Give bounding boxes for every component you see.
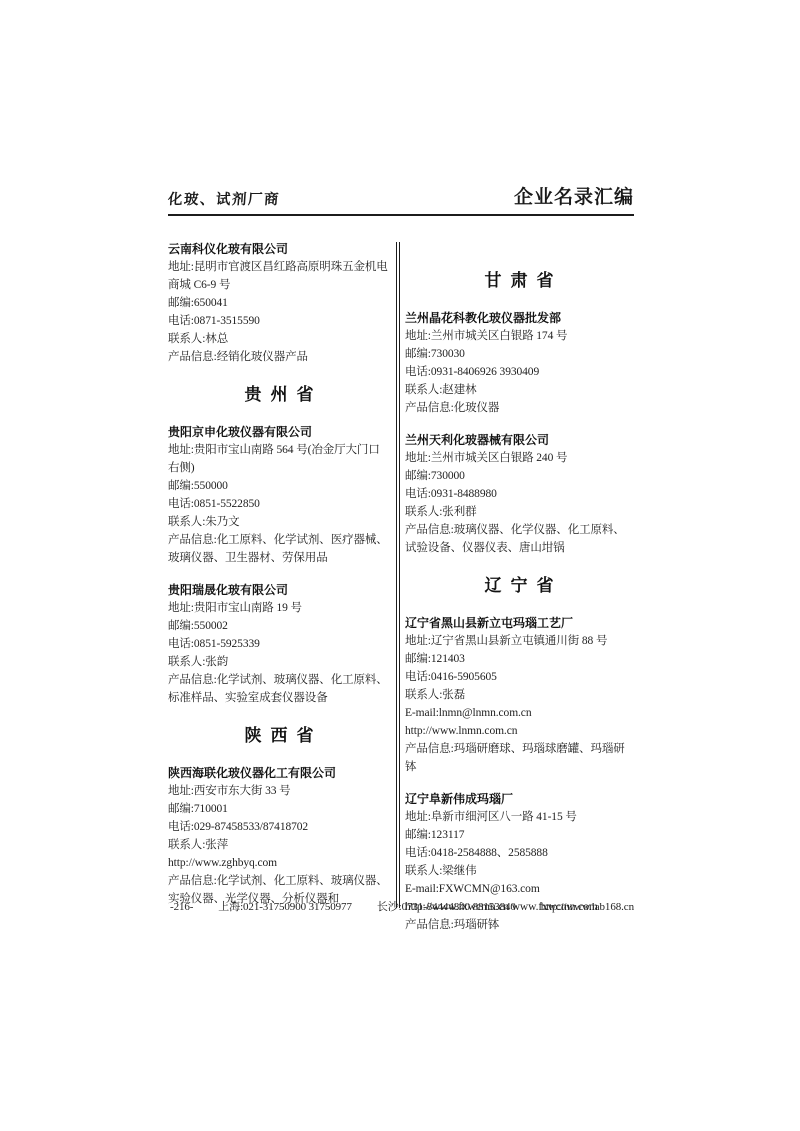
footer-website: http://www.lab168.cn [541, 901, 634, 913]
detail-line: 产品信息:化玻仪器 [405, 399, 633, 417]
detail-line: 邮编:550000 [168, 477, 390, 495]
page-footer: -216- 上海:021-31750900 31750977 长沙:0731-8… [170, 898, 634, 914]
company-name: 陕西海联化玻仪器化工有限公司 [168, 764, 390, 782]
detail-line: 地址:西安市东大街 33 号 [168, 782, 390, 800]
detail-line: 产品信息:化工原料、化学试剂、医疗器械、玻璃仪器、卫生器材、劳保用品 [168, 531, 390, 567]
detail-line: E-mail:FXWCMN@163.com [405, 880, 633, 898]
detail-line: 联系人:赵建林 [405, 381, 633, 399]
detail-line: 地址:阜新市细河区八一路 41-15 号 [405, 808, 633, 826]
directory-columns: 云南科仪化玻有限公司地址:昆明市官渡区昌红路高原明珠五金机电商城 C6-9 号邮… [168, 240, 634, 948]
detail-line: 电话:0931-8488980 [405, 485, 633, 503]
detail-line: 联系人:张韵 [168, 653, 390, 671]
detail-line: 电话:0418-2584888、2585888 [405, 844, 633, 862]
detail-line: 邮编:730030 [405, 345, 633, 363]
section-heading: 陕西省 [168, 721, 390, 746]
detail-line: 地址:兰州市城关区白银路 240 号 [405, 449, 633, 467]
detail-line: 邮编:550002 [168, 617, 390, 635]
detail-line: 联系人:张磊 [405, 686, 633, 704]
detail-line: 地址:贵阳市宝山南路 19 号 [168, 599, 390, 617]
detail-line: 产品信息:玻璃仪器、化学仪器、化工原料、试验设备、仪器仪表、唐山坩锅 [405, 521, 633, 557]
detail-line: 联系人:梁继伟 [405, 862, 633, 880]
running-head: 化玻、试剂厂商 企业名录汇编 [168, 182, 634, 216]
detail-line: 电话:0851-5522850 [168, 495, 390, 513]
detail-line: 地址:贵阳市宝山南路 564 号(冶金厅大门口右侧) [168, 441, 390, 477]
directory-right-column: 甘肃省兰州晶花科教化玻仪器批发部地址:兰州市城关区白银路 174 号邮编:730… [405, 240, 633, 948]
detail-line: 邮编:650041 [168, 294, 390, 312]
detail-line: 地址:昆明市官渡区昌红路高原明珠五金机电商城 C6-9 号 [168, 258, 390, 294]
company-entry: 贵阳瑞晟化玻有限公司地址:贵阳市宝山南路 19 号邮编:550002电话:085… [168, 581, 390, 707]
page-number: -216- [170, 901, 193, 913]
company-entry: 贵阳京申化玻仪器有限公司地址:贵阳市宝山南路 564 号(冶金厅大门口右侧)邮编… [168, 423, 390, 567]
section-heading: 贵州省 [168, 380, 390, 405]
company-entry: 兰州晶花科教化玻仪器批发部地址:兰州市城关区白银路 174 号邮编:730030… [405, 309, 633, 417]
detail-line: 电话:0416-5905605 [405, 668, 633, 686]
directory-left-column: 云南科仪化玻有限公司地址:昆明市官渡区昌红路高原明珠五金机电商城 C6-9 号邮… [168, 240, 390, 948]
detail-line: 联系人:张萍 [168, 836, 390, 854]
detail-line: 地址:兰州市城关区白银路 174 号 [405, 327, 633, 345]
detail-line: E-mail:lnmn@lnmn.com.cn [405, 704, 633, 722]
detail-line: 电话:0851-5925339 [168, 635, 390, 653]
detail-line: 地址:辽宁省黑山县新立屯镇通川街 88 号 [405, 632, 633, 650]
company-name: 兰州晶花科教化玻仪器批发部 [405, 309, 633, 327]
company-entry: 辽宁省黑山县新立屯玛瑙工艺厂地址:辽宁省黑山县新立屯镇通川街 88 号邮编:12… [405, 614, 633, 776]
company-name: 兰州天利化玻器械有限公司 [405, 431, 633, 449]
detail-line: 邮编:710001 [168, 800, 390, 818]
detail-line: 联系人:张利群 [405, 503, 633, 521]
detail-line: 电话:0871-3515590 [168, 312, 390, 330]
company-entry: 兰州天利化玻器械有限公司地址:兰州市城关区白银路 240 号邮编:730000电… [405, 431, 633, 557]
company-name: 辽宁阜新伟成玛瑙厂 [405, 790, 633, 808]
section-heading: 辽宁省 [405, 571, 633, 596]
company-entry: 云南科仪化玻有限公司地址:昆明市官渡区昌红路高原明珠五金机电商城 C6-9 号邮… [168, 240, 390, 366]
company-name: 云南科仪化玻有限公司 [168, 240, 390, 258]
detail-line: 产品信息:经销化玻仪器产品 [168, 348, 390, 366]
company-name: 贵阳瑞晟化玻有限公司 [168, 581, 390, 599]
footer-shanghai-phone: 上海:021-31750900 31750977 [218, 898, 352, 914]
detail-line: 产品信息:玛瑙研钵 [405, 916, 633, 934]
detail-line: 联系人:朱乃文 [168, 513, 390, 531]
detail-line: 邮编:123117 [405, 826, 633, 844]
page-content: 化玻、试剂厂商 企业名录汇编 云南科仪化玻有限公司地址:昆明市官渡区昌红路高原明… [168, 182, 634, 948]
detail-line: 产品信息:化学试剂、玻璃仪器、化工原料、标准样品、实验室成套仪器设备 [168, 671, 390, 707]
detail-line: 电话:0931-8406926 3930409 [405, 363, 633, 381]
detail-line: http://www.zghbyq.com [168, 854, 390, 872]
detail-line: 产品信息:玛瑙研磨球、玛瑙球磨罐、玛瑙研钵 [405, 740, 633, 776]
company-entry: 陕西海联化玻仪器化工有限公司地址:西安市东大街 33 号邮编:710001电话:… [168, 764, 390, 908]
running-head-left-title: 化玻、试剂厂商 [167, 188, 280, 209]
footer-changsha-phone: 长沙:0731-84444840 88153840 [377, 898, 516, 914]
company-name: 贵阳京申化玻仪器有限公司 [168, 423, 390, 441]
detail-line: 邮编:121403 [405, 650, 633, 668]
detail-line: 联系人:林总 [168, 330, 390, 348]
company-name: 辽宁省黑山县新立屯玛瑙工艺厂 [405, 614, 633, 632]
detail-line: 邮编:730000 [405, 467, 633, 485]
detail-line: http://www.lnmn.com.cn [405, 722, 633, 740]
column-divider-rule [396, 242, 400, 908]
running-head-right-title: 企业名录汇编 [514, 182, 634, 209]
detail-line: 电话:029-87458533/87418702 [168, 818, 390, 836]
section-heading: 甘肃省 [405, 266, 633, 291]
